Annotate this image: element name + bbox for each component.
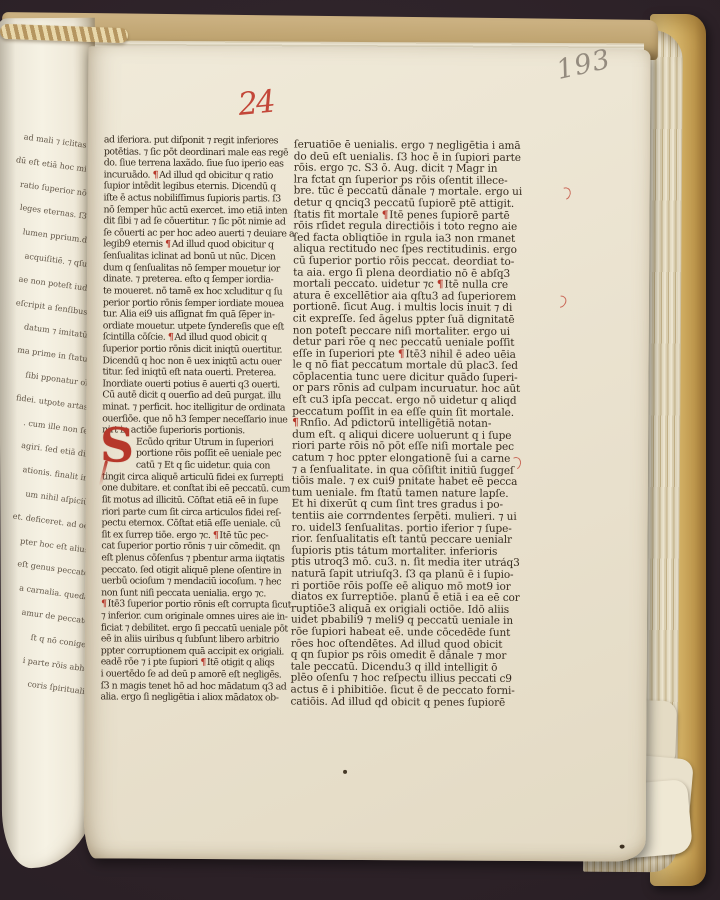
text-line: pectu eternox. Cōſtat etiā eſſe ueniale.… [102, 517, 306, 530]
text-line: eē in aliis uiribus q ſubſunt libero arb… [101, 634, 305, 647]
recto-page: 24 193 S ad iferiora. put diſponit ⁊ reg… [84, 46, 651, 861]
text-line: eſt plenus cōſenſus ⁊ pbentur arma iiqta… [101, 552, 305, 565]
paragraph-mark: ¶ [437, 279, 445, 291]
text-line: do. ſiue terrena laxãdo. ſiue ſuo iperio… [104, 158, 308, 171]
handwritten-folio-number: 193 [554, 44, 614, 86]
paragraph-mark: ¶ [200, 657, 207, 668]
book-photograph: ad mali ⁊ iclitasdū eſt etiā hoc miratio… [0, 0, 720, 900]
text-column-right: ſeruatiōe ē uenialis. ergo ⁊ negligētia … [290, 140, 569, 710]
text-line: uerbū ocioſum ⁊ mendaciū iocoſum. ⁊ hec [101, 576, 305, 589]
text-line: titur. ſed iniqtū eſt nata ouerti. Prete… [102, 367, 306, 380]
text-line: ſuperior portio rōnis dicit iniqtū ouert… [103, 343, 307, 356]
paragraph-mark: ¶ [398, 348, 406, 360]
paragraph-mark: ¶ [101, 599, 108, 610]
ink-speck [343, 770, 347, 774]
text-line: catiōis. Ad illud qd obicit q penes ſupi… [290, 696, 566, 709]
rubricated-initial: S [100, 426, 134, 466]
text-line: ad iferiora. put diſponit ⁊ regit inferi… [104, 134, 308, 147]
text-line: iſte ē actus nobiliſſimus ſupioris parti… [104, 192, 308, 205]
facing-page-text-fragments: ad mali ⁊ iclitasdū eſt etiā hoc miratio… [4, 134, 89, 706]
text-line: te moueret. nō tamē ex hoc xcluditur q ſ… [103, 285, 307, 298]
text-line: ſit motus ad illicitū. Cōſtat etiā eē in… [102, 494, 306, 507]
paragraph-mark: ¶ [168, 332, 175, 343]
handwritten-quire-number: 24 [236, 84, 275, 123]
text-line: tur. Alia ei9 uis aſſignat fm quā ſēper … [103, 309, 307, 322]
paragraph-mark: ¶ [153, 170, 160, 181]
text-line: alia. ergo ſi negligētia i aliox mādatox… [100, 692, 304, 705]
text-line: ſenſualitas iclinat ad bonū ut nūc. Dice… [103, 250, 307, 263]
text-column-left: S ad iferiora. put diſponit ⁊ regit infe… [100, 134, 307, 704]
paragraph-mark: ¶ [382, 209, 390, 221]
paragraph-mark: ¶ [213, 530, 220, 541]
text-line: i ouertēdo ſe ad deū p amorē eſt negligē… [101, 668, 305, 681]
text-line: ⁊ inferior. cum originale omnes uires ai… [101, 610, 305, 623]
ink-speck [620, 845, 625, 849]
text-line: minat. ⁊ perficit. hoc itelligitur de or… [102, 401, 306, 414]
paragraph-mark: ¶ [292, 418, 300, 429]
paragraph-mark: ¶ [165, 239, 172, 250]
